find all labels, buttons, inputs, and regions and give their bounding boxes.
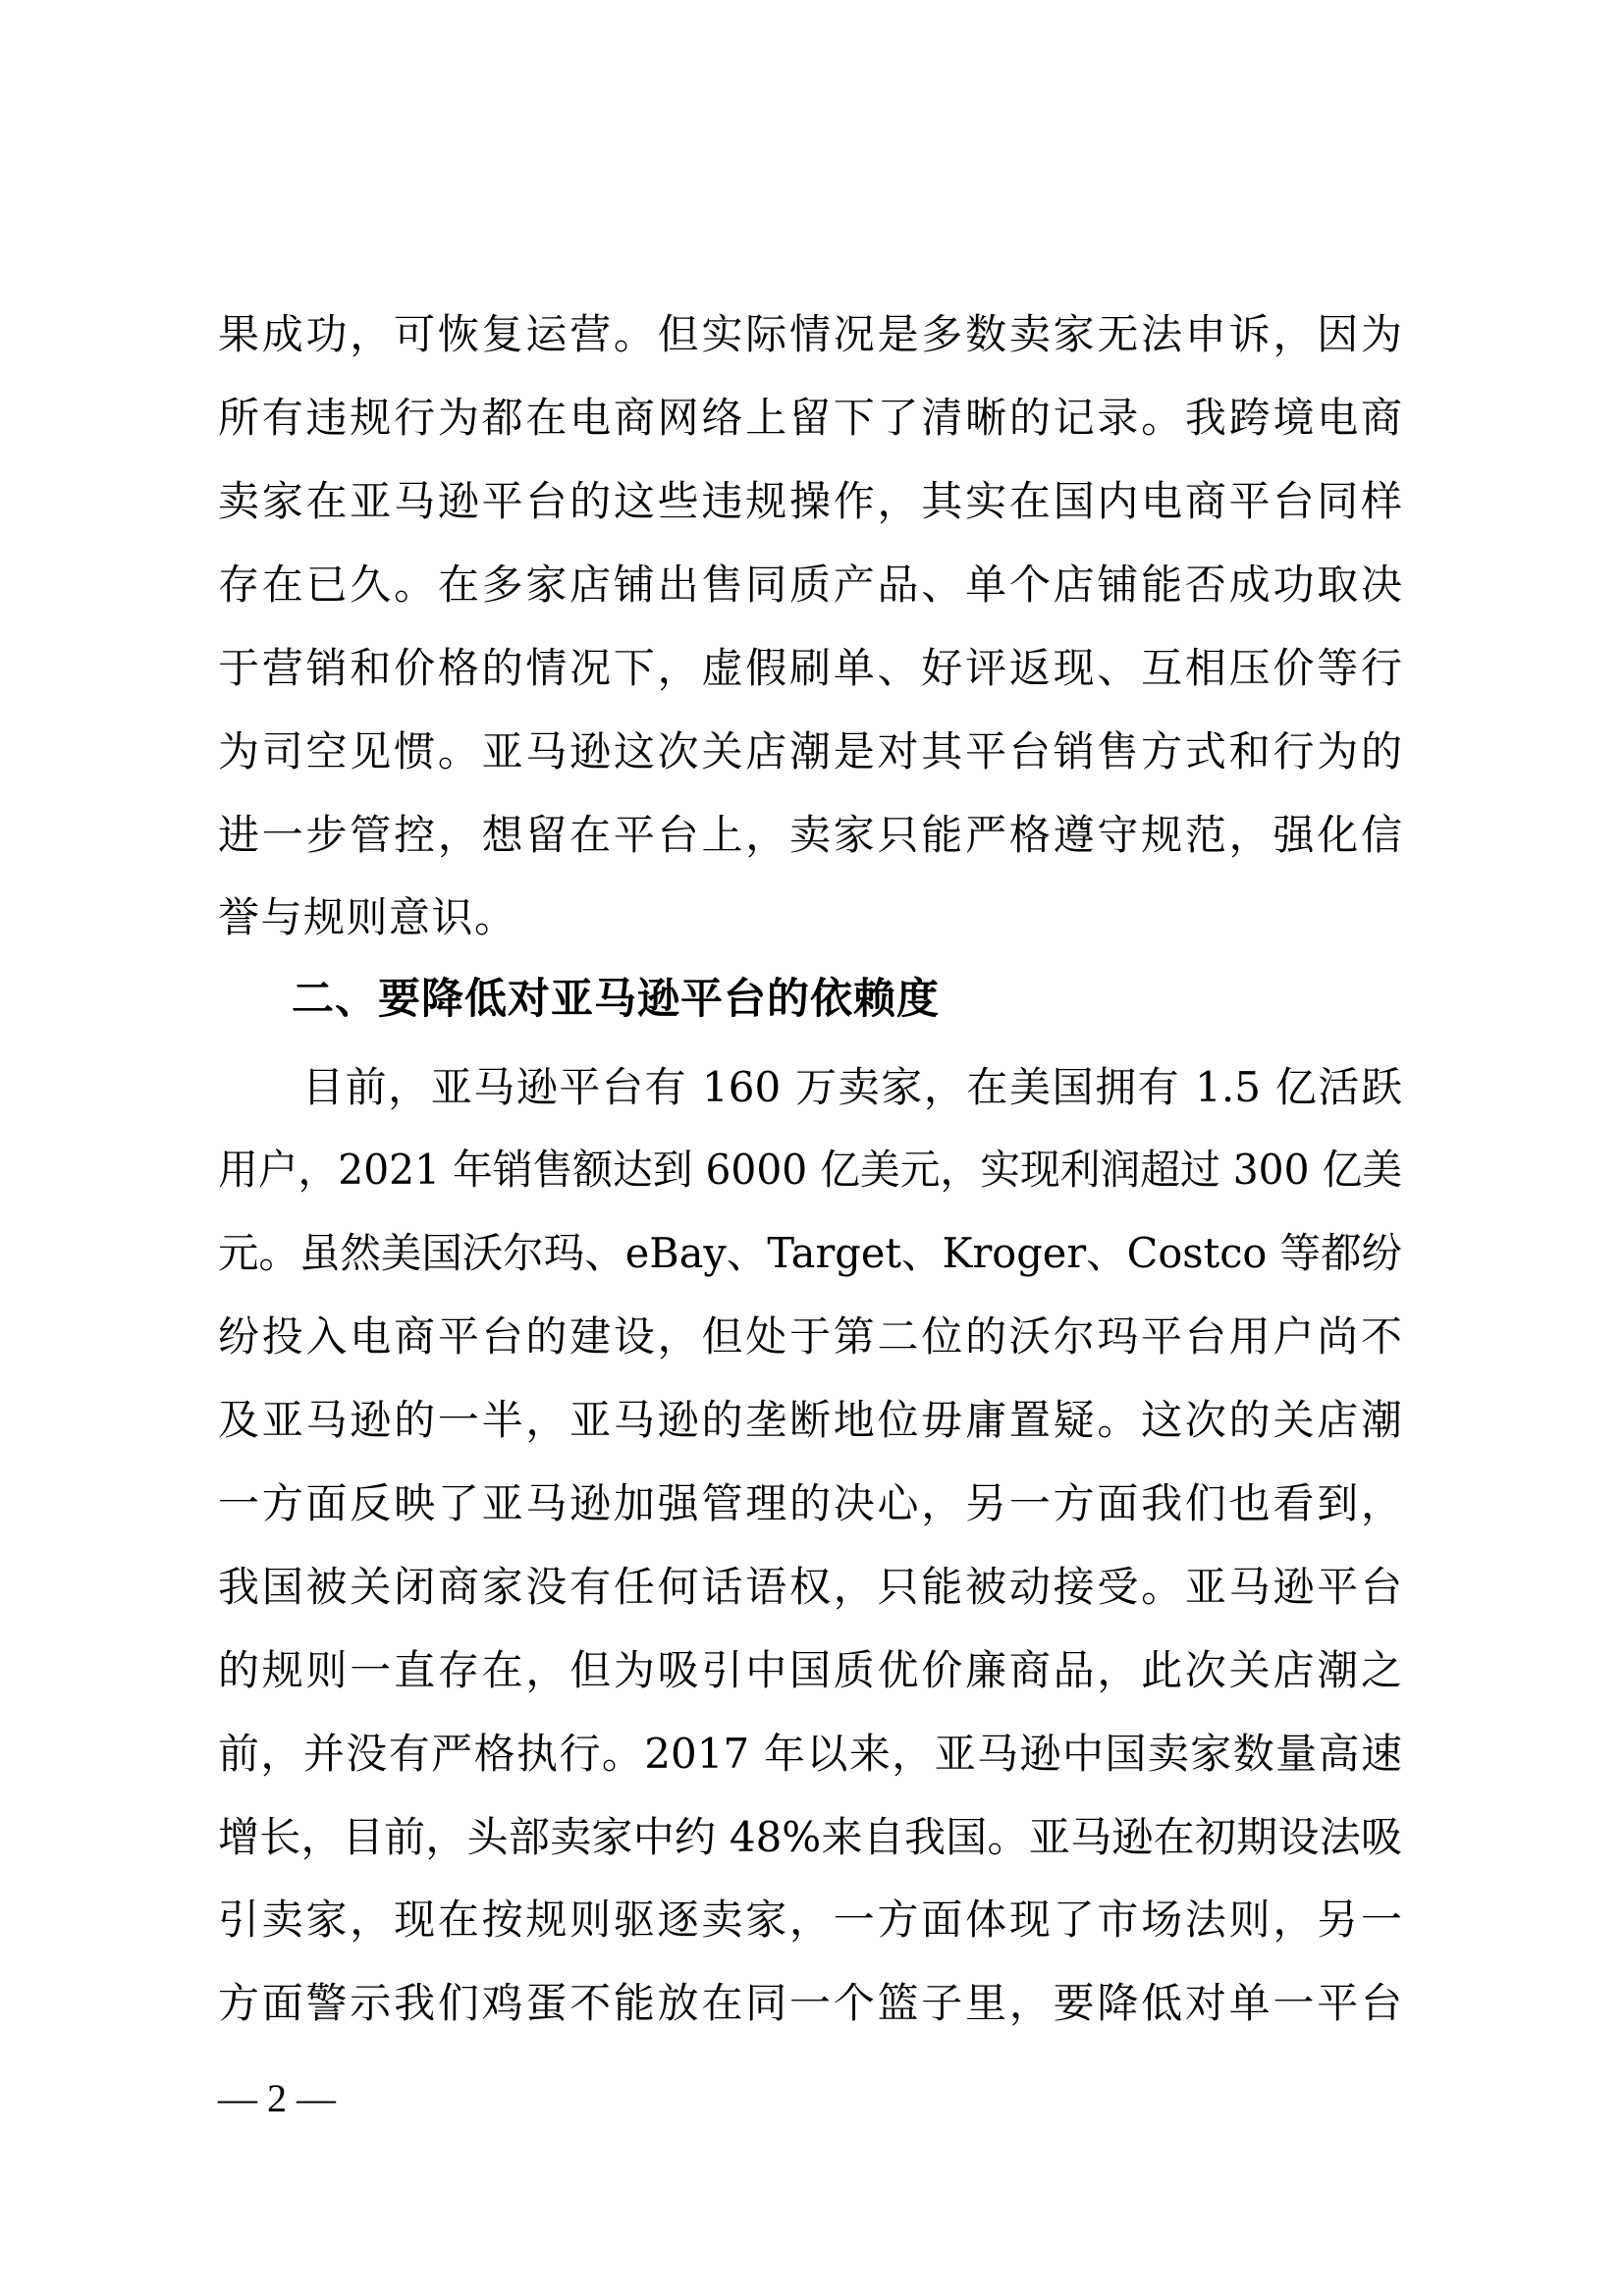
paragraph-line: 于营销和价格的情况下，虚假刷单、好评返现、互相压价等行: [218, 639, 1402, 698]
paragraph-line: 及亚马逊的一半，亚马逊的垄断地位毋庸置疑。这次的关店潮: [218, 1391, 1402, 1450]
paragraph-line: 进一步管控，想留在平台上，卖家只能严格遵守规范，强化信: [218, 806, 1402, 865]
paragraph-line: 卖家在亚马逊平台的这些违规操作，其实在国内电商平台同样: [218, 472, 1402, 531]
paragraph-line: 方面警示我们鸡蛋不能放在同一个篮子里，要降低对单一平台: [218, 1974, 1402, 2033]
paragraph-line: 纷投入电商平台的建设，但处于第二位的沃尔玛平台用户尚不: [218, 1308, 1402, 1366]
paragraph-line: 的规则一直存在，但为吸引中国质优价廉商品，此次关店潮之: [218, 1641, 1402, 1700]
paragraph-line: 用户，2021 年销售额达到 6000 亿美元，实现利润超过 300 亿美: [218, 1141, 1402, 1200]
paragraph-line: 果成功，可恢复运营。但实际情况是多数卖家无法申诉，因为: [218, 305, 1402, 364]
paragraph-line: 增长，目前，头部卖家中约 48%来自我国。亚马逊在初期设法吸: [218, 1808, 1402, 1867]
document-page: 果成功，可恢复运营。但实际情况是多数卖家无法申诉，因为 所有违规行为都在电商网络…: [0, 0, 1624, 2296]
paragraph-line: 一方面反映了亚马逊加强管理的决心，另一方面我们也看到，: [218, 1474, 1402, 1533]
page-number: — 2 —: [218, 2076, 336, 2121]
paragraph-line: 引卖家，现在按规则驱逐卖家，一方面体现了市场法则，另一: [218, 1891, 1402, 1949]
paragraph-line: 所有违规行为都在电商网络上留下了清晰的记录。我跨境电商: [218, 389, 1402, 448]
paragraph-line: 前，并没有严格执行。2017 年以来，亚马逊中国卖家数量高速: [218, 1725, 1402, 1784]
paragraph-line: 目前，亚马逊平台有 160 万卖家，在美国拥有 1.5 亿活跃: [302, 1058, 1402, 1117]
paragraph-line: 为司空见惯。亚马逊这次关店潮是对其平台销售方式和行为的: [218, 722, 1402, 781]
section-heading: 二、要降低对亚马逊平台的依赖度: [292, 970, 940, 1029]
paragraph-line: 我国被关闭商家没有任何话语权，只能被动接受。亚马逊平台: [218, 1558, 1402, 1617]
paragraph-line: 誉与规则意识。: [218, 888, 517, 947]
paragraph-line: 存在已久。在多家店铺出售同质产品、单个店铺能否成功取决: [218, 556, 1402, 614]
paragraph-line: 元。虽然美国沃尔玛、eBay、Target、Kroger、Costco 等都纷: [218, 1224, 1402, 1283]
